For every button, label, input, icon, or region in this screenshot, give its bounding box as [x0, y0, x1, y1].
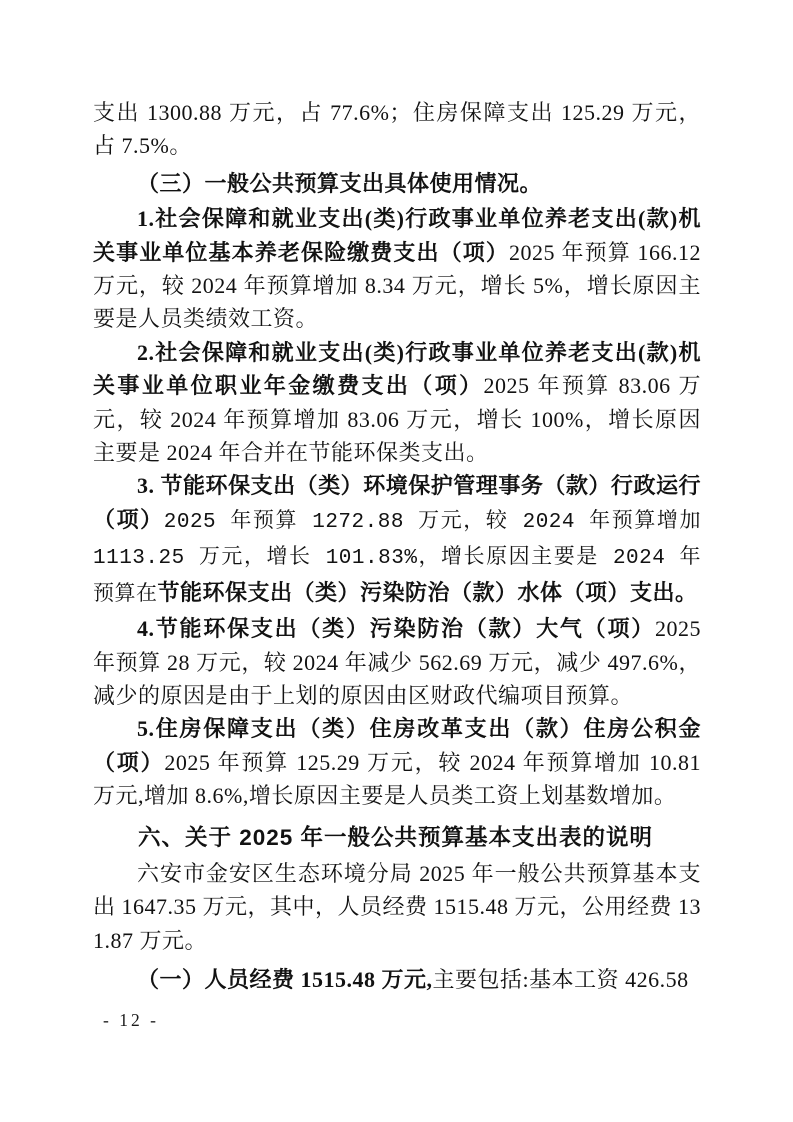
budget-item-1: 1.社会保障和就业支出(类)行政事业单位养老支出(款)机关事业单位基本养老保险缴…	[93, 202, 701, 336]
heading-text: 六、关于 2025 年一般公共预算基本支出表的说明	[138, 825, 653, 850]
budget-item-2: 2.社会保障和就业支出(类)行政事业单位养老支出(款)机关事业单位职业年金缴费支…	[93, 336, 701, 470]
body-text-run: 主要包括:基本工资 426.58	[433, 967, 689, 992]
item-title-run: （一）人员经费 1515.48 万元,	[137, 967, 433, 992]
budget-item-4: 4.节能环保支出（类）污染防治（款）大气（项）2025 年预算 28 万元，较 …	[93, 612, 701, 712]
item-emphasis-run: 节能环保支出（类）污染防治（款）水体（项）支出。	[158, 580, 698, 605]
personnel-expense-paragraph: （一）人员经费 1515.48 万元,主要包括:基本工资 426.58	[93, 963, 701, 996]
section-heading-6: 六、关于 2025 年一般公共预算基本支出表的说明	[93, 821, 701, 854]
section-heading-3: （三）一般公共预算支出具体使用情况。	[93, 167, 701, 200]
budget-item-3: 3. 节能环保支出（类）环境保护管理事务（款）行政运行（项）2025 年预算 1…	[93, 469, 701, 612]
budget-item-5: 5.住房保障支出（类）住房改革支出（款）住房公积金（项）2025 年预算 125…	[93, 712, 701, 812]
body-text-run: 六安市金安区生态环境分局 2025 年一般公共预算基本支出 1647.35 万元…	[93, 861, 701, 953]
page-content: 支出 1300.88 万元，占 77.6%；住房保障支出 125.29 万元，占…	[93, 96, 701, 997]
heading-text: （三）一般公共预算支出具体使用情况。	[137, 171, 542, 196]
basic-expenditure-paragraph: 六安市金安区生态环境分局 2025 年一般公共预算基本支出 1647.35 万元…	[93, 857, 701, 957]
body-text-run: 2025 年预算 125.29 万元，较 2024 年预算增加 10.81 万元…	[93, 750, 701, 808]
continuation-paragraph: 支出 1300.88 万元，占 77.6%；住房保障支出 125.29 万元，占…	[93, 96, 701, 163]
document-page: 支出 1300.88 万元，占 77.6%；住房保障支出 125.29 万元，占…	[0, 0, 793, 1122]
body-text-run: 支出 1300.88 万元，占 77.6%；住房保障支出 125.29 万元，占…	[93, 100, 701, 158]
page-number: - 12 -	[103, 1010, 159, 1031]
item-title-run: 4.节能环保支出（类）污染防治（款）大气（项）	[137, 616, 655, 641]
